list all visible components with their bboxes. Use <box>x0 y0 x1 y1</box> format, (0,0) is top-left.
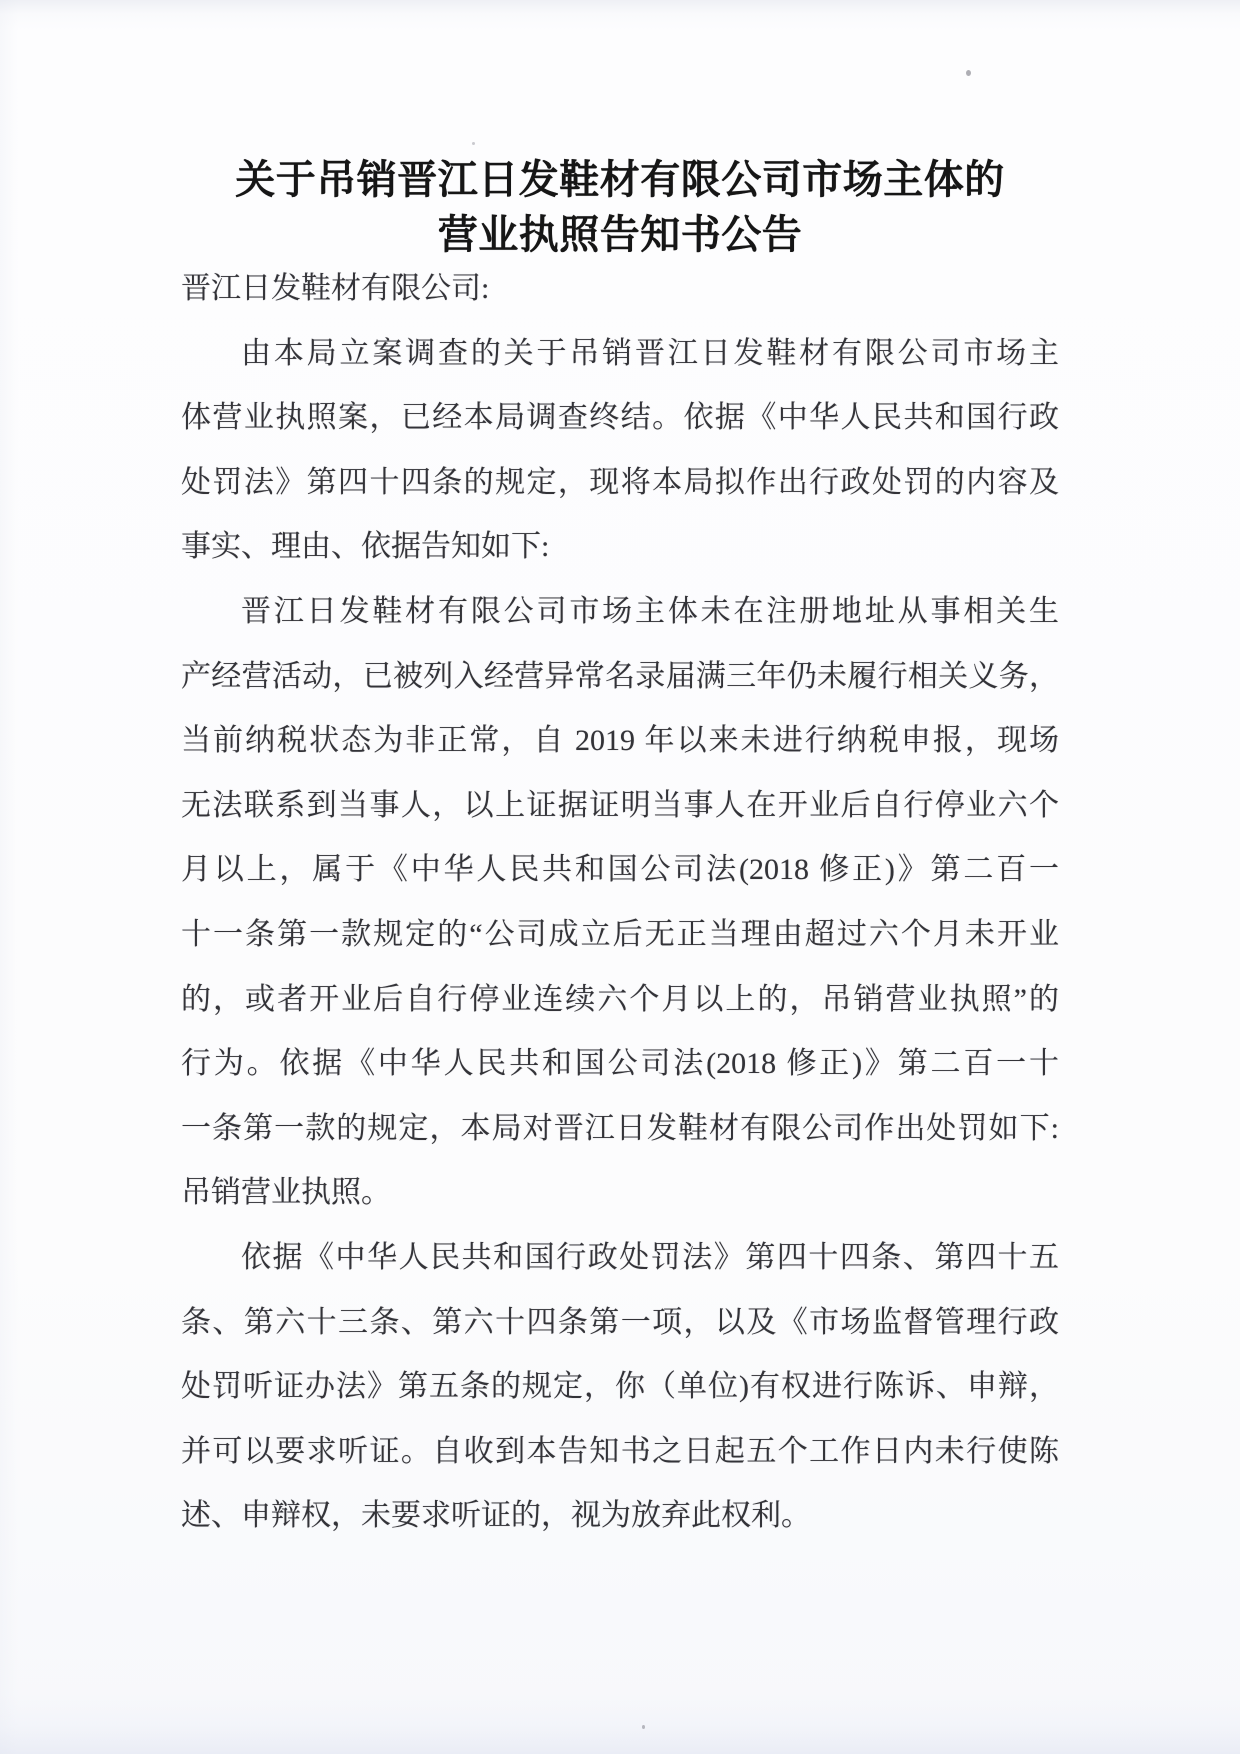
document-line: 月以上，属于《中华人民共和国公司法(2018 修正)》第二百一 <box>181 838 1059 903</box>
document-line: 无法联系到当事人，以上证据证明当事人在开业后自行停业六个 <box>181 774 1059 839</box>
document-title-line-2: 营业执照告知书公告 <box>0 207 1240 262</box>
document-title-line-1: 关于吊销晋江日发鞋材有限公司市场主体的 <box>0 152 1240 207</box>
document-line: 条、第六十三条、第六十四条第一项，以及《市场监督管理行政 <box>181 1291 1059 1356</box>
document-title: 关于吊销晋江日发鞋材有限公司市场主体的 营业执照告知书公告 <box>0 152 1240 262</box>
document-line: 行为。依据《中华人民共和国公司法(2018 修正)》第二百一十 <box>181 1032 1059 1097</box>
document-line: 事实、理由、依据告知如下: <box>181 515 1059 580</box>
page: 关于吊销晋江日发鞋材有限公司市场主体的 营业执照告知书公告 晋江日发鞋材有限公司… <box>0 0 1240 1754</box>
document-line: 并可以要求听证。自收到本告知书之日起五个工作日内未行使陈 <box>181 1420 1059 1485</box>
document-line: 体营业执照案，已经本局调查终结。依据《中华人民共和国行政 <box>181 386 1059 451</box>
document-line: 处罚法》第四十四条的规定，现将本局拟作出行政处罚的内容及 <box>181 451 1059 516</box>
document-line: 述、申辩权，未要求听证的，视为放弃此权利。 <box>181 1484 1059 1549</box>
document-line: 处罚听证办法》第五条的规定，你（单位)有权进行陈诉、申辩， <box>181 1355 1059 1420</box>
scan-speck <box>966 70 971 76</box>
document-line: 晋江日发鞋材有限公司: <box>181 257 1059 322</box>
document-line: 的，或者开业后自行停业连续六个月以上的，吊销营业执照”的 <box>181 968 1059 1033</box>
scan-speck <box>642 1725 645 1729</box>
document-line: 由本局立案调查的关于吊销晋江日发鞋材有限公司市场主 <box>181 322 1059 387</box>
document-line: 产经营活动，已被列入经营异常名录届满三年仍未履行相关义务， <box>181 645 1059 710</box>
document-line: 十一条第一款规定的“公司成立后无正当理由超过六个月未开业 <box>181 903 1059 968</box>
document-line: 当前纳税状态为非正常，自 2019 年以来未进行纳税申报，现场 <box>181 709 1059 774</box>
document-line: 吊销营业执照。 <box>181 1161 1059 1226</box>
document-line: 依据《中华人民共和国行政处罚法》第四十四条、第四十五 <box>181 1226 1059 1291</box>
scan-speck <box>472 142 475 145</box>
document-line: 一条第一款的规定，本局对晋江日发鞋材有限公司作出处罚如下: <box>181 1097 1059 1162</box>
document-body: 晋江日发鞋材有限公司:由本局立案调查的关于吊销晋江日发鞋材有限公司市场主体营业执… <box>181 257 1059 1549</box>
document-line: 晋江日发鞋材有限公司市场主体未在注册地址从事相关生 <box>181 580 1059 645</box>
